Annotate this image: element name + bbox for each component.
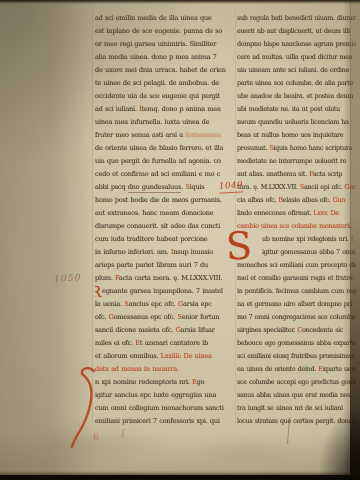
large-initial-s: S (225, 225, 256, 268)
ink-text-run: iquis homo hanc scriptura (273, 144, 352, 152)
manuscript-line: presumat. Siquis homo hanc scriptura (237, 142, 356, 155)
ink-text-run: igitur sancius epc iuxte eggregius una (95, 391, 216, 399)
column-ruling-line (92, 10, 93, 422)
manuscript-line: aut alias. anathema sit. Facta scrip (237, 168, 356, 181)
ink-text-run: cum omni collegium monachorum sancti (95, 404, 224, 412)
text-column-left: ad sci emilin media de illa uinea queest… (95, 12, 235, 436)
ink-text-run: tura. ę. M.LXXX.VII. (237, 183, 300, 191)
ink-text-run: fortuniones (185, 131, 221, 139)
text-column-right: sub regula bati benedicti uiuam. diuturn… (237, 12, 356, 436)
manuscript-line: in inferno inferiori. am. Insup inuasio (95, 246, 235, 259)
ink-text-run: uinea mea infurnella. iuxta uinea de (95, 118, 209, 126)
ink-text-run: igitur gomessanus abba 7 omni (262, 248, 356, 256)
ink-text-run: n xpi nomine redemptoris nri. (95, 378, 192, 386)
ink-text-run: homo post hodie die de meos germanis. (95, 196, 222, 204)
manuscript-line: or meo regi garsea uinimiris. Similiter (95, 38, 235, 51)
ink-text-run: ofc. (95, 313, 109, 321)
page-edge-right (350, 0, 360, 480)
manuscript-line: ad sci iuliani. Itemq. dono p anima mea (95, 103, 235, 116)
ink-text-run: ancius epc ofc. (129, 300, 178, 308)
page-corner-shadow (320, 410, 360, 480)
manuscript-line: meum quandiu uolueris licenciam ha (237, 116, 356, 129)
ink-text-run: dompno hispe nauclense agrum premia fa (237, 40, 356, 48)
ink-text-run: egnante garsea inpampilona. 7 inastel (102, 287, 223, 295)
ink-text-run: et aliorum omnibus. (95, 352, 161, 360)
margin-year-note-1050: 1050 (54, 273, 82, 284)
manuscript-line: sci emiliani eiusq fratribus promisimus (237, 350, 356, 363)
ink-text-run: ad sci iuliani. (95, 105, 139, 113)
manuscript-line: abbi pscq dno gundesaluus. Siquis (95, 181, 235, 194)
ink-text-run: acta carta mera. ę. M.LXXX.VIII. (119, 274, 222, 282)
ink-text-run: ub nomine xpi relegionis nri. (262, 235, 351, 243)
ink-text-run: sancii dicone maieta ofc. (95, 326, 175, 334)
manuscript-line: alia media uinea. dono p mea anima 7 (95, 51, 235, 64)
manuscript-line: ad sci emilin media de illa uinea que (95, 12, 235, 25)
manuscript-line: est inplano de sce eugenie. panna de so (95, 25, 235, 38)
ink-text-run: euerit nb aut displicuerit. ut deum illi (237, 27, 350, 35)
ink-text-run: miles ei ofc. (95, 339, 135, 347)
ink-text-run: beas ut nullus homo uos inquietare (237, 131, 343, 139)
manuscript-line: sub regula bati benedicti uiuam. diuturn… (237, 12, 356, 25)
manuscript-line: lindo ennecones ofirmat. Lxxv. De (237, 207, 356, 220)
manuscript-line: sce columbe accepi ego predictus gomes (237, 376, 356, 389)
ink-text-run: oncedente sic (302, 326, 343, 334)
ink-text-run: emiliani primiceri 7 confessoris xpi. qu… (95, 417, 220, 425)
manuscript-line: igitur sancius epc iuxte eggregius una (95, 389, 235, 402)
manuscript-line: occidente uia de sce eugenie qui pergit (95, 90, 235, 103)
ink-text-run: sce columbe accepi ego predictus gomes (237, 378, 356, 386)
ink-text-run: mo 7 omni congregacione sce columbe (237, 313, 355, 321)
ink-text-run: parte uinea sce columbe. de alia parte (237, 79, 353, 87)
manuscript-line: dompno hispe nauclense agrum premia fa (237, 38, 356, 51)
manuscript-line: cere ad multas. uilla quod dicitur mea (237, 51, 356, 64)
ink-text-run: uia uineam ante sci iuliani. de ordine (237, 66, 349, 74)
ink-text-run: meum quandiu uolueris licenciam ha (237, 118, 349, 126)
ink-text-run: te uinee de sci pelagii. de ambobus. de (95, 79, 219, 87)
manuscript-line: ubi medietate ne. ita ut post obitu (237, 103, 356, 116)
ink-text-run: ancii epi ofc. (304, 183, 344, 191)
manuscript-line: sanus abba uinea que erat media nos (237, 389, 356, 402)
ink-text-run: de uxore mei dnia urraca. habet de orien (95, 66, 226, 74)
manuscript-line: na et germano uiro albert dompno pri (237, 298, 356, 311)
manuscript-line: euerit nb aut displicuerit. ut deum illi (237, 25, 356, 38)
manuscript-line: mo 7 omni congregacione sce columbe (237, 311, 356, 324)
manuscript-line: de uxore mei dnia urraca. habet de orien (95, 64, 235, 77)
ink-text-run: mei et consilio garseani regis et fratre (237, 274, 352, 282)
manuscript-line: cia albas ofc. Belasio albas ofc. Gun (237, 194, 356, 207)
ink-text-run: ea uinea de oriente deind. (237, 365, 318, 373)
manuscript-line: mei et consilio garseani regis et fratre (237, 272, 356, 285)
manuscript-line: parte uinea sce columbe. de alia parte (237, 77, 356, 90)
ink-text-run: est inplano de sce eugenie. panna de so (95, 27, 222, 35)
ink-text-run: dno gundesaluus (128, 183, 181, 193)
ink-text-run: behouce ego gomessanus abba exparte (237, 339, 356, 347)
ink-text-run: uia que pergit de furnella ad agonia. co (95, 157, 221, 165)
ink-text-run: aut alias. anathema sit. (237, 170, 309, 178)
manuscript-line: cum omni collegium monachorum sancti (95, 402, 235, 415)
ink-text-run: ube anadoe de beaira. et postea deum (237, 92, 353, 100)
manuscript-line: plum. Facta carta mera. ę. M.LXXX.VIII. (95, 272, 235, 285)
ink-text-run: in pontificis. fecimus cambium cum regi (237, 287, 356, 295)
ink-text-run: acta scrip (313, 170, 342, 178)
parchment-stain (190, 438, 310, 468)
ink-text-run: omessanus epc ofc. (114, 313, 178, 321)
manuscript-line: n xpi nomine redemptoris nri. Ego (95, 376, 235, 389)
ink-text-run: ubi medietate ne. ita ut post obitu (237, 105, 340, 113)
manuscript-line: cum iuda traditore habeat porcione (95, 233, 235, 246)
ink-text-run: alia media uinea. dono p mea anima 7 (95, 53, 217, 61)
manuscript-line: sancii dicone maieta ofc. Garsia lifuar (95, 324, 235, 337)
rubric-text-run: Lxxiiii: De uinea (161, 352, 212, 360)
ink-text-run: nsup inuasio (173, 248, 213, 256)
ink-text-run: go (197, 378, 205, 386)
ink-text-run: t azenari cantatore ib (140, 339, 208, 347)
bottom-margin-mark: 6 (92, 433, 99, 444)
photo-edge-bottom (0, 475, 360, 480)
ink-text-run: de oriente uinea de blasio ferrero. et i… (95, 144, 223, 152)
ink-text-run: arsia lifuar (181, 326, 215, 334)
manuscript-line: tura. ę. M.LXXX.VII. Sancii epi ofc. Gar (237, 181, 356, 194)
ink-text-run: or meo regi garsea uinimiris. Similiter (95, 40, 216, 48)
ink-text-run: ad sci emilin media de illa uinea que (95, 14, 212, 22)
margin-year-note-1049: 1049 (219, 180, 244, 193)
manuscript-line: beas ut nullus homo uos inquietare (237, 129, 356, 142)
ink-text-run: la uenia. (95, 300, 124, 308)
manuscript-line: cedo et confirmo ad sci emiliani e mo c (95, 168, 235, 181)
column-ruling-line (235, 8, 236, 424)
manuscript-line: fruter meo senua asti arsi a fortuniones (95, 129, 235, 142)
manuscript-line: behouce ego gomessanus abba exparte (237, 337, 356, 350)
manuscript-line: ube anadoe de beaira. et postea deum (237, 90, 356, 103)
ink-text-run: sub regula bati benedicti uiuam. diuturn… (237, 14, 356, 22)
rubric-text-run: data ad menas in nauarra. (95, 365, 179, 373)
manuscript-line: uia uineam ante sci iuliani. de ordine (237, 64, 356, 77)
ink-text-run: plum. (95, 274, 115, 282)
manuscript-line: ea uinea de oriente deind. Exparte uero (237, 363, 356, 376)
ink-text-run: arieps parte pariet libram auri 7 du (95, 261, 208, 269)
ink-text-run: medietate ne interrumpe uoluerit re (237, 157, 346, 165)
ink-text-run: presumat. (237, 144, 269, 152)
manuscript-photo: ad sci emilin media de illa uinea queest… (0, 0, 360, 480)
ink-text-run: lindo ennecones ofirmat. (237, 209, 313, 217)
ink-text-run: arsia epc (183, 300, 212, 308)
ink-text-run: aut extraneos. hanc meam donacione (95, 209, 213, 217)
ink-text-run: iquis (190, 183, 205, 191)
ink-text-run: uirgines specialiter. (237, 326, 297, 334)
manuscript-line: aut extraneos. hanc meam donacione (95, 207, 235, 220)
manuscript-line: uirgines specialiter. Concedente sic (237, 324, 356, 337)
manuscript-line: uinea mea infurnella. iuxta uinea de (95, 116, 235, 129)
rubric-text-run: Lxxv. De (313, 209, 338, 217)
ink-text-run: disrumpe conauerit. sit adeo das cuncti (95, 222, 220, 230)
ink-text-run: abbi pscq (95, 183, 128, 191)
ink-text-run: in inferno inferiori. am. (95, 248, 171, 256)
manuscript-line: disrumpe conauerit. sit adeo das cuncti (95, 220, 235, 233)
ink-text-run: na et germano uiro albert dompno pri (237, 300, 352, 308)
manuscript-line: miles ei ofc. Et azenari cantatore ib (95, 337, 235, 350)
ink-text-run: enior fortun (182, 313, 220, 321)
manuscript-line: te uinee de sci pelagii. de ambobus. de (95, 77, 235, 90)
manuscript-line: homo post hodie die de meos germanis. (95, 194, 235, 207)
manuscript-line: la uenia. Sancius epc ofc. Garsia epc (95, 298, 235, 311)
ink-text-run: fruter meo senua asti arsi a (95, 131, 185, 139)
manuscript-line: de oriente uinea de blasio ferrero. et i… (95, 142, 235, 155)
ink-text-run: sci emiliani eiusq fratribus promisimus (237, 352, 354, 360)
manuscript-line: data ad menas in nauarra. (95, 363, 235, 376)
ink-text-run: cum iuda traditore habeat porcione (95, 235, 207, 243)
manuscript-line: in pontificis. fecimus cambium cum regi (237, 285, 356, 298)
manuscript-line: emiliani primiceri 7 confessoris xpi. qu… (95, 415, 235, 428)
ink-text-run: elasio albas ofc. (283, 196, 333, 204)
manuscript-line: et aliorum omnibus. Lxxiiii: De uinea (95, 350, 235, 363)
manuscript-line: uia que pergit de furnella ad agonia. co (95, 155, 235, 168)
ink-text-run: sanus abba uinea que erat media nos (237, 391, 350, 399)
ink-text-run: occidente uia de sce eugenie qui pergit (95, 92, 220, 100)
ink-text-run: cedo et confirmo ad sci emiliani e mo c (95, 170, 220, 178)
manuscript-line: Regnante garsea inpampilona. 7 inastel (95, 285, 235, 298)
photo-edge-top (0, 0, 360, 4)
ink-text-run: cere ad multas. uilla quod dicitur mea (237, 53, 352, 61)
manuscript-line: arieps parte pariet libram auri 7 du (95, 259, 235, 272)
ink-text-run: cia albas ofc. (237, 196, 278, 204)
manuscript-line: medietate ne interrumpe uoluerit re (237, 155, 356, 168)
manuscript-line: ofc. Gomessanus epc ofc. Senior fortun (95, 311, 235, 324)
ink-text-run: temq. dono p anima mea (141, 105, 220, 113)
